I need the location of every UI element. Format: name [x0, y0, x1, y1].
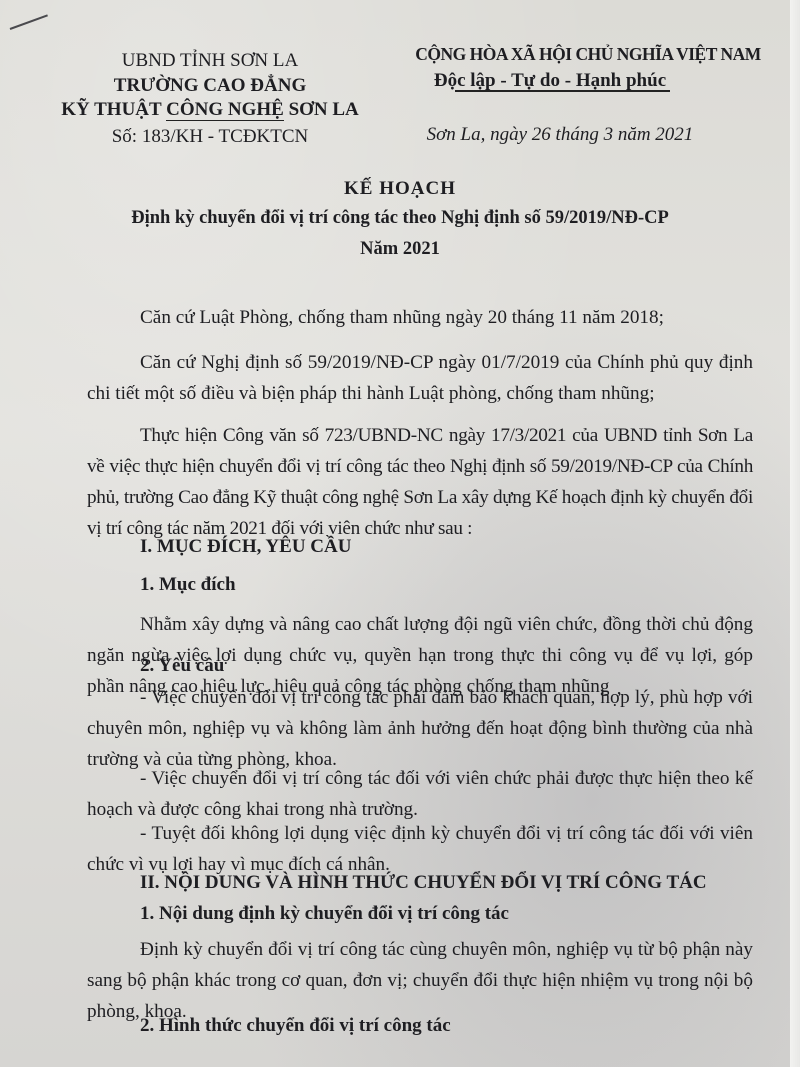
- document-subject: Định kỳ chuyển đổi vị trí công tác theo …: [100, 208, 700, 229]
- subsection-heading: 2. Hình thức chuyển đổi vị trí công tác: [140, 1015, 451, 1037]
- national-title: CỘNG HÒA XÃ HỘI CHỦ NGHĨA VIỆT NAM: [378, 44, 798, 65]
- paragraph: - Tuyệt đối không lợi dụng việc định kỳ …: [87, 818, 753, 880]
- school-name-line2: KỸ THUẬT CÔNG NGHỆ SƠN LA: [60, 99, 360, 121]
- document-number: Số: 183/KH - TCĐKTCN: [100, 126, 320, 148]
- subsection-heading: 1. Nội dung định kỳ chuyển đổi vị trí cô…: [140, 903, 509, 925]
- section-heading: II. NỘI DUNG VÀ HÌNH THỨC CHUYỂN ĐỔI VỊ …: [140, 872, 707, 894]
- school-name-line1: TRƯỜNG CAO ĐẲNG: [110, 75, 310, 97]
- paragraph: - Việc chuyển đổi vị trí công tác đối vớ…: [87, 763, 753, 825]
- pen-mark: [10, 14, 48, 30]
- section-heading: I. MỤC ĐÍCH, YÊU CẦU: [140, 536, 351, 558]
- preamble-paragraph: Căn cứ Luật Phòng, chống tham nhũng ngày…: [87, 305, 753, 330]
- preamble-paragraph: Thực hiện Công văn số 723/UBND-NC ngày 1…: [87, 420, 753, 544]
- document-page: UBND TỈNH SƠN LA TRƯỜNG CAO ĐẲNG KỸ THUẬ…: [0, 0, 790, 1067]
- school-name-suffix: SƠN LA: [284, 99, 359, 120]
- school-name-underlined: CÔNG NGHỆ: [166, 99, 284, 121]
- place-date: Sơn La, ngày 26 tháng 3 năm 2021: [410, 124, 710, 146]
- school-name-prefix: KỸ THUẬT: [61, 99, 166, 120]
- paragraph: Định kỳ chuyển đổi vị trí công tác cùng …: [87, 934, 753, 1027]
- paragraph: - Việc chuyển đổi vị trí công tác phải đ…: [87, 682, 753, 775]
- preamble-paragraph: Căn cứ Nghị định số 59/2019/NĐ-CP ngày 0…: [87, 347, 753, 409]
- subsection-heading: 2. Yêu cầu: [140, 655, 224, 677]
- page-edge: [790, 0, 800, 1067]
- motto-underline: [455, 90, 670, 92]
- document-type: KẾ HOẠCH: [100, 178, 700, 200]
- national-motto: Độc lập - Tự do - Hạnh phúc: [410, 70, 690, 92]
- agency-name: UBND TỈNH SƠN LA: [110, 50, 310, 72]
- document-year: Năm 2021: [100, 239, 700, 260]
